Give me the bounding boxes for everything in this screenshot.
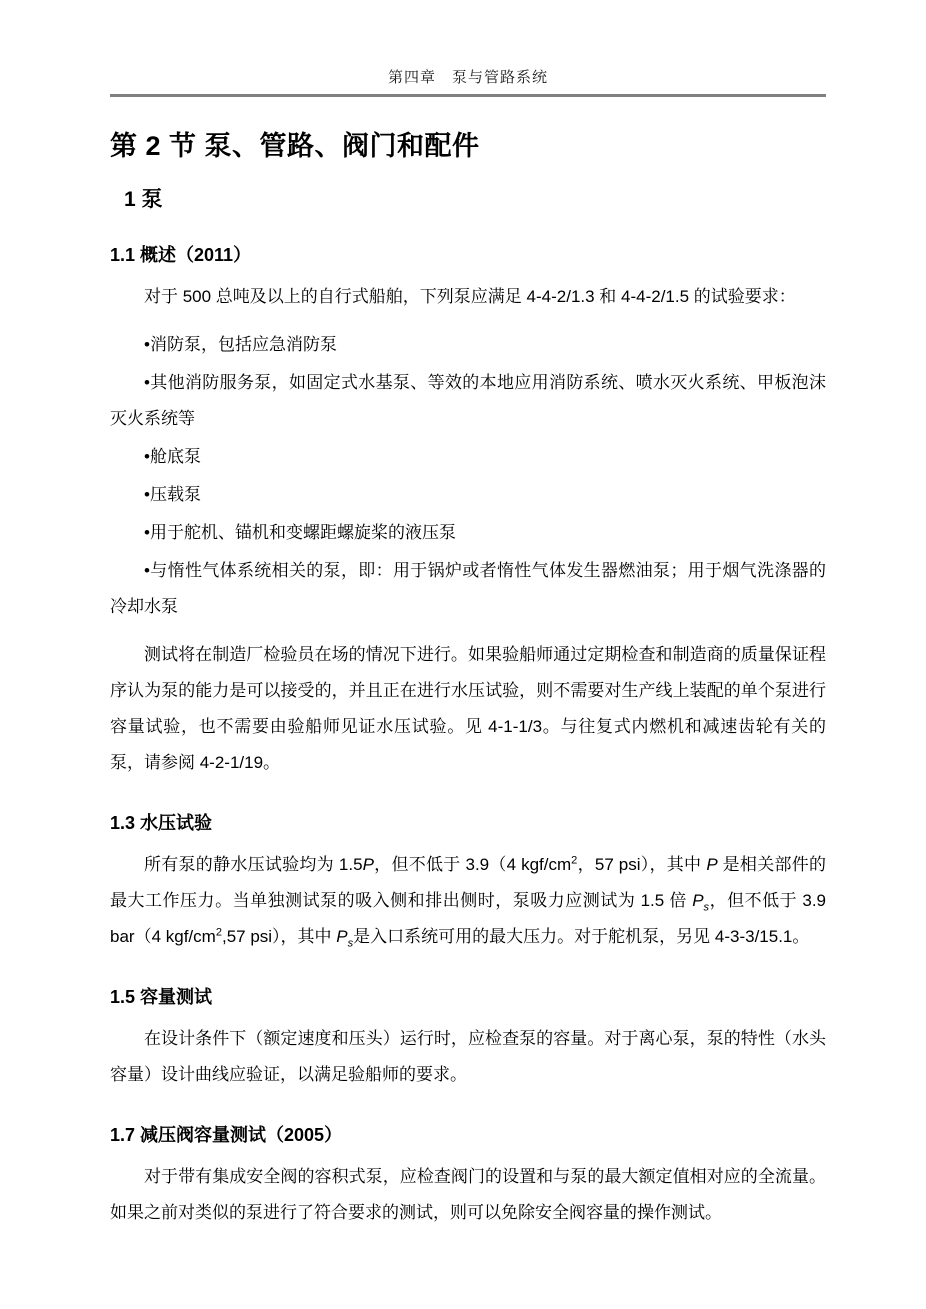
bullet-item-inert-gas-pumps: •与惰性气体系统相关的泵，即：用于锅炉或者惰性气体发生器燃油泵；用于烟气洗涤器的… (110, 553, 826, 625)
heading-1-3-hydrostatic-test: 1.3 水压试验 (110, 809, 826, 835)
bullet-item-hydraulic-pumps: •用于舵机、锚机和变螺距螺旋桨的液压泵 (110, 515, 826, 551)
subsection-title-pumps: 1 泵 (124, 183, 826, 213)
bullet-item-bilge-pumps: •舱底泵 (110, 439, 826, 475)
paragraph-capacity-test: 在设计条件下（额定速度和压头）运行时，应检查泵的容量。对于离心泵，泵的特性（水头… (110, 1021, 826, 1093)
paragraph-testing: 测试将在制造厂检验员在场的情况下进行。如果验船师通过定期检查和制造商的质量保证程… (110, 637, 826, 781)
header-divider (110, 94, 826, 97)
section-title: 第 2 节 泵、管路、阀门和配件 (110, 124, 826, 163)
bullet-item-fire-pumps: •消防泵，包括应急消防泵 (110, 327, 826, 363)
chapter-header-text: 第四章 泵与管路系统 (110, 66, 826, 87)
paragraph-relief-valve-test: 对于带有集成安全阀的容积式泵，应检查阀门的设置和与泵的最大额定值相对应的全流量。… (110, 1159, 826, 1231)
document-content: 第 2 节 泵、管路、阀门和配件 1 泵 1.1 概述（2011） 对于 500… (110, 124, 826, 1231)
document-page: 第四章 泵与管路系统 第 2 节 泵、管路、阀门和配件 1 泵 1.1 概述（2… (0, 0, 926, 1309)
bullet-item-other-fire-service-pumps: •其他消防服务泵，如固定式水基泵、等效的本地应用消防系统、喷水灭火系统、甲板泡沫… (110, 365, 826, 437)
heading-1-5-capacity-test: 1.5 容量测试 (110, 983, 826, 1009)
paragraph-intro: 对于 500 总吨及以上的自行式船舶，下列泵应满足 4-4-2/1.3 和 4-… (110, 279, 826, 315)
page-header: 第四章 泵与管路系统 (110, 66, 826, 97)
heading-1-1-general: 1.1 概述（2011） (110, 241, 826, 267)
bullet-item-ballast-pumps: •压载泵 (110, 477, 826, 513)
heading-1-7-relief-valve-capacity-test: 1.7 减压阀容量测试（2005） (110, 1121, 826, 1147)
paragraph-hydrostatic-test: 所有泵的静水压试验均为 1.5P，但不低于 3.9（4 kgf/cm2，57 p… (110, 847, 826, 955)
